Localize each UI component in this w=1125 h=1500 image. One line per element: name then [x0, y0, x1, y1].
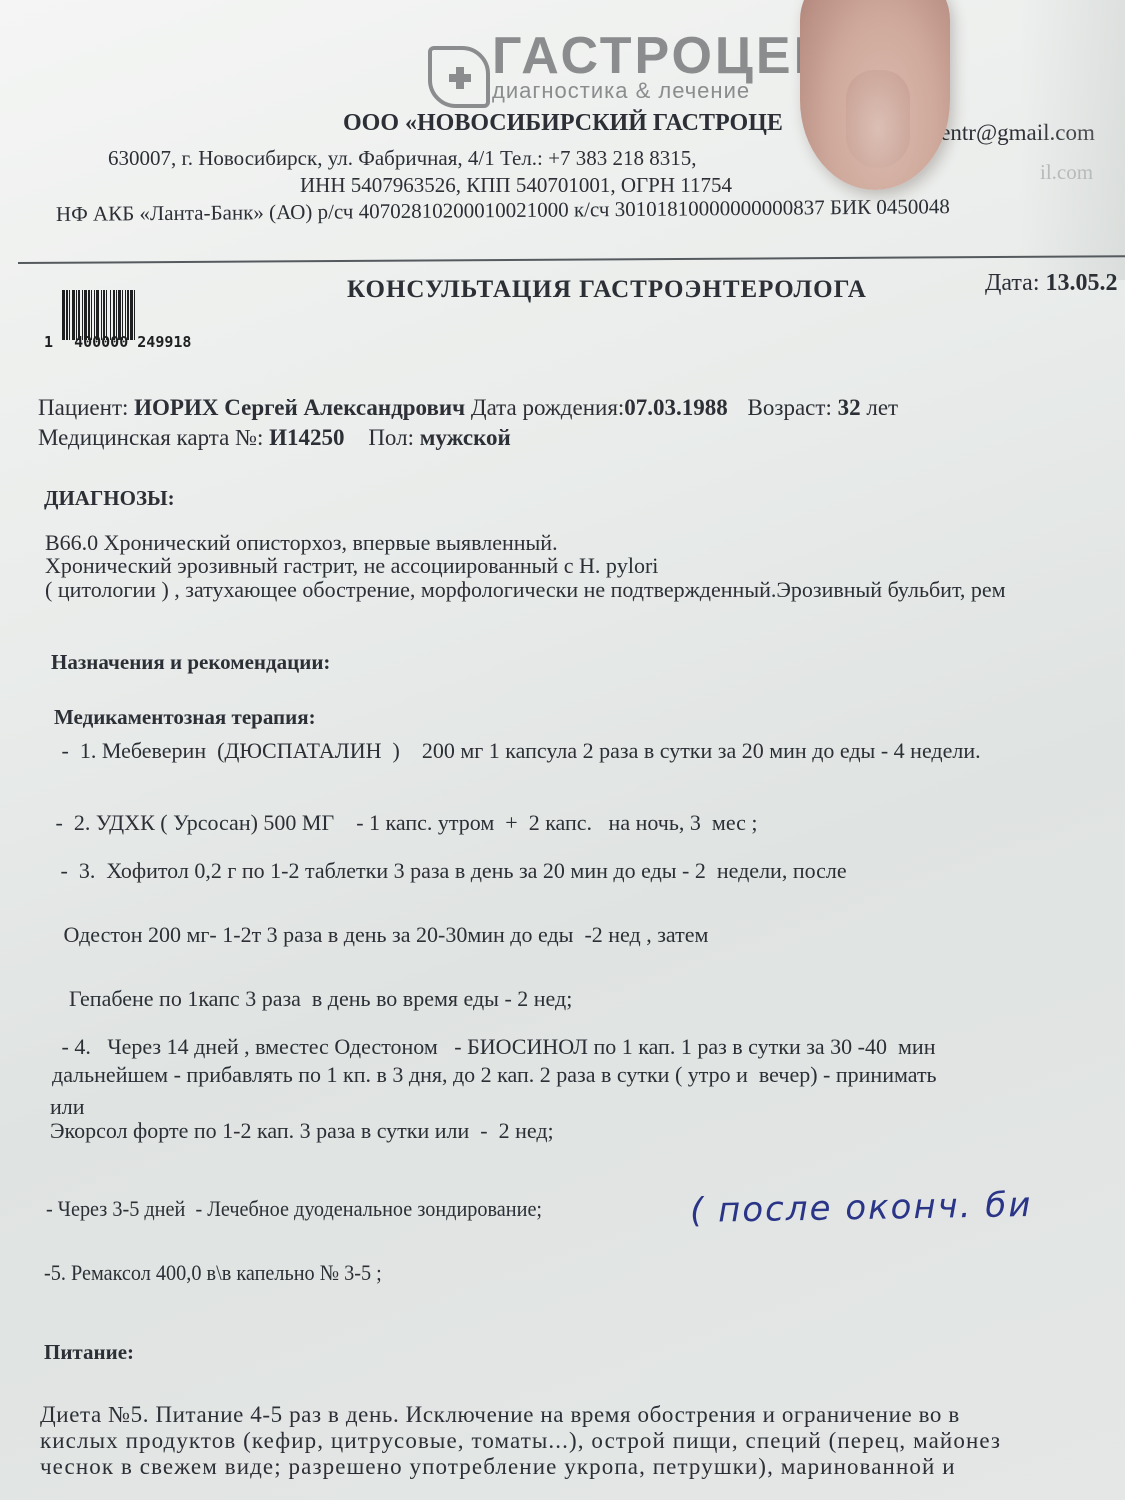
document-title: КОНСУЛЬТАЦИЯ ГАСТРОЭНТЕРОЛОГА	[347, 276, 867, 304]
card-number: И14250	[269, 425, 344, 450]
prescription-item: - 3. Хофитол 0,2 г по 1-2 таблетки 3 раз…	[55, 858, 847, 884]
barcode-digits: 400000 249918	[74, 333, 191, 351]
barcode-number: 1 400000 249918	[44, 333, 191, 351]
diagnoses-heading: ДИАГНОЗЫ:	[44, 486, 175, 511]
dob-label: Дата рождения:	[471, 395, 624, 420]
medical-cross-icon	[449, 67, 471, 89]
prescription-item: - 1. Мебеверин (ДЮСПАТАЛИН ) 200 мг 1 ка…	[56, 738, 981, 764]
date-label: Дата:	[985, 270, 1040, 296]
header-divider	[18, 255, 1125, 264]
age-unit: лет	[866, 395, 898, 420]
diagnosis-line: ( цитологии ) , затухающее обострение, м…	[45, 577, 1006, 603]
barcode-prefix: 1	[44, 333, 53, 351]
handwritten-note: ( после оконч. би	[690, 1185, 1033, 1231]
age-value: 32	[838, 395, 861, 420]
drug-therapy-heading: Медикаментозная терапия:	[54, 705, 316, 730]
shadow-overlay	[1020, 0, 1125, 280]
prescription-item: или	[50, 1094, 85, 1120]
prescription-item: -5. Ремаксол 400,0 в\в капельно № 3-5 ;	[44, 1260, 382, 1286]
diagnosis-line: Хронический эрозивный гастрит, не ассоци…	[45, 553, 658, 579]
card-label: Медицинская карта №:	[38, 425, 263, 450]
patient-name: ИОРИХ Сергей Александрович	[134, 395, 465, 420]
age-label: Возраст:	[748, 395, 832, 420]
patient-line: Пациент: ИОРИХ Сергей Александрович Дата…	[38, 395, 898, 421]
prescription-item: - Через 3-5 дней - Лечебное дуоденальное…	[46, 1196, 542, 1222]
finger-obstruction	[800, 0, 950, 190]
prescription-item: дальнейшем - прибавлять по 1 кп. в 3 дня…	[52, 1062, 937, 1088]
prescription-item: - 4. Через 14 дней , вместес Одестоном -…	[56, 1034, 935, 1060]
date-value: 13.05.2	[1046, 270, 1118, 296]
thumbnail-nail	[846, 70, 910, 168]
prescription-item: - 2. УДХК ( Урсосан) 500 МГ - 1 капс. ут…	[50, 810, 758, 836]
prescriptions-heading: Назначения и рекомендации:	[51, 650, 330, 675]
clinic-logo-icon	[428, 46, 490, 108]
prescription-item: Одестон 200 мг- 1-2т 3 раза в день за 20…	[58, 922, 708, 948]
bank-details-line: НФ АКБ «Ланта-Банк» (АО) р/сч 4070281020…	[56, 194, 950, 227]
card-line: Медицинская карта №: И14250 Пол: мужской	[38, 425, 511, 451]
nutrition-heading: Питание:	[44, 1340, 134, 1365]
prescription-item: Гепабене по 1капс 3 раза в день во время…	[58, 986, 572, 1012]
clinic-logo-subtitle: диагностика & лечение	[492, 78, 750, 104]
nutrition-line: чеснок в свежем виде; разрешено употребл…	[40, 1454, 956, 1480]
organization-name: ООО «НОВОСИБИРСКИЙ ГАСТРОЦЕ	[343, 110, 783, 137]
dob-value: 07.03.1988	[624, 395, 728, 420]
sex-label: Пол:	[368, 425, 414, 450]
patient-label: Пациент:	[38, 395, 128, 420]
sex-value: мужской	[420, 425, 511, 450]
requisites-line: ИНН 5407963526, КПП 540701001, ОГРН 1175…	[300, 173, 732, 198]
document-date: Дата: 13.05.2	[985, 270, 1118, 297]
address-line: 630007, г. Новосибирск, ул. Фабричная, 4…	[108, 146, 696, 171]
nutrition-line: кислых продуктов (кефир, цитрусовые, том…	[40, 1428, 1001, 1454]
prescription-item: Экорсол форте по 1-2 кап. 3 раза в сутки…	[50, 1118, 554, 1144]
nutrition-line: Диета №5. Питание 4-5 раз в день. Исключ…	[40, 1402, 960, 1428]
